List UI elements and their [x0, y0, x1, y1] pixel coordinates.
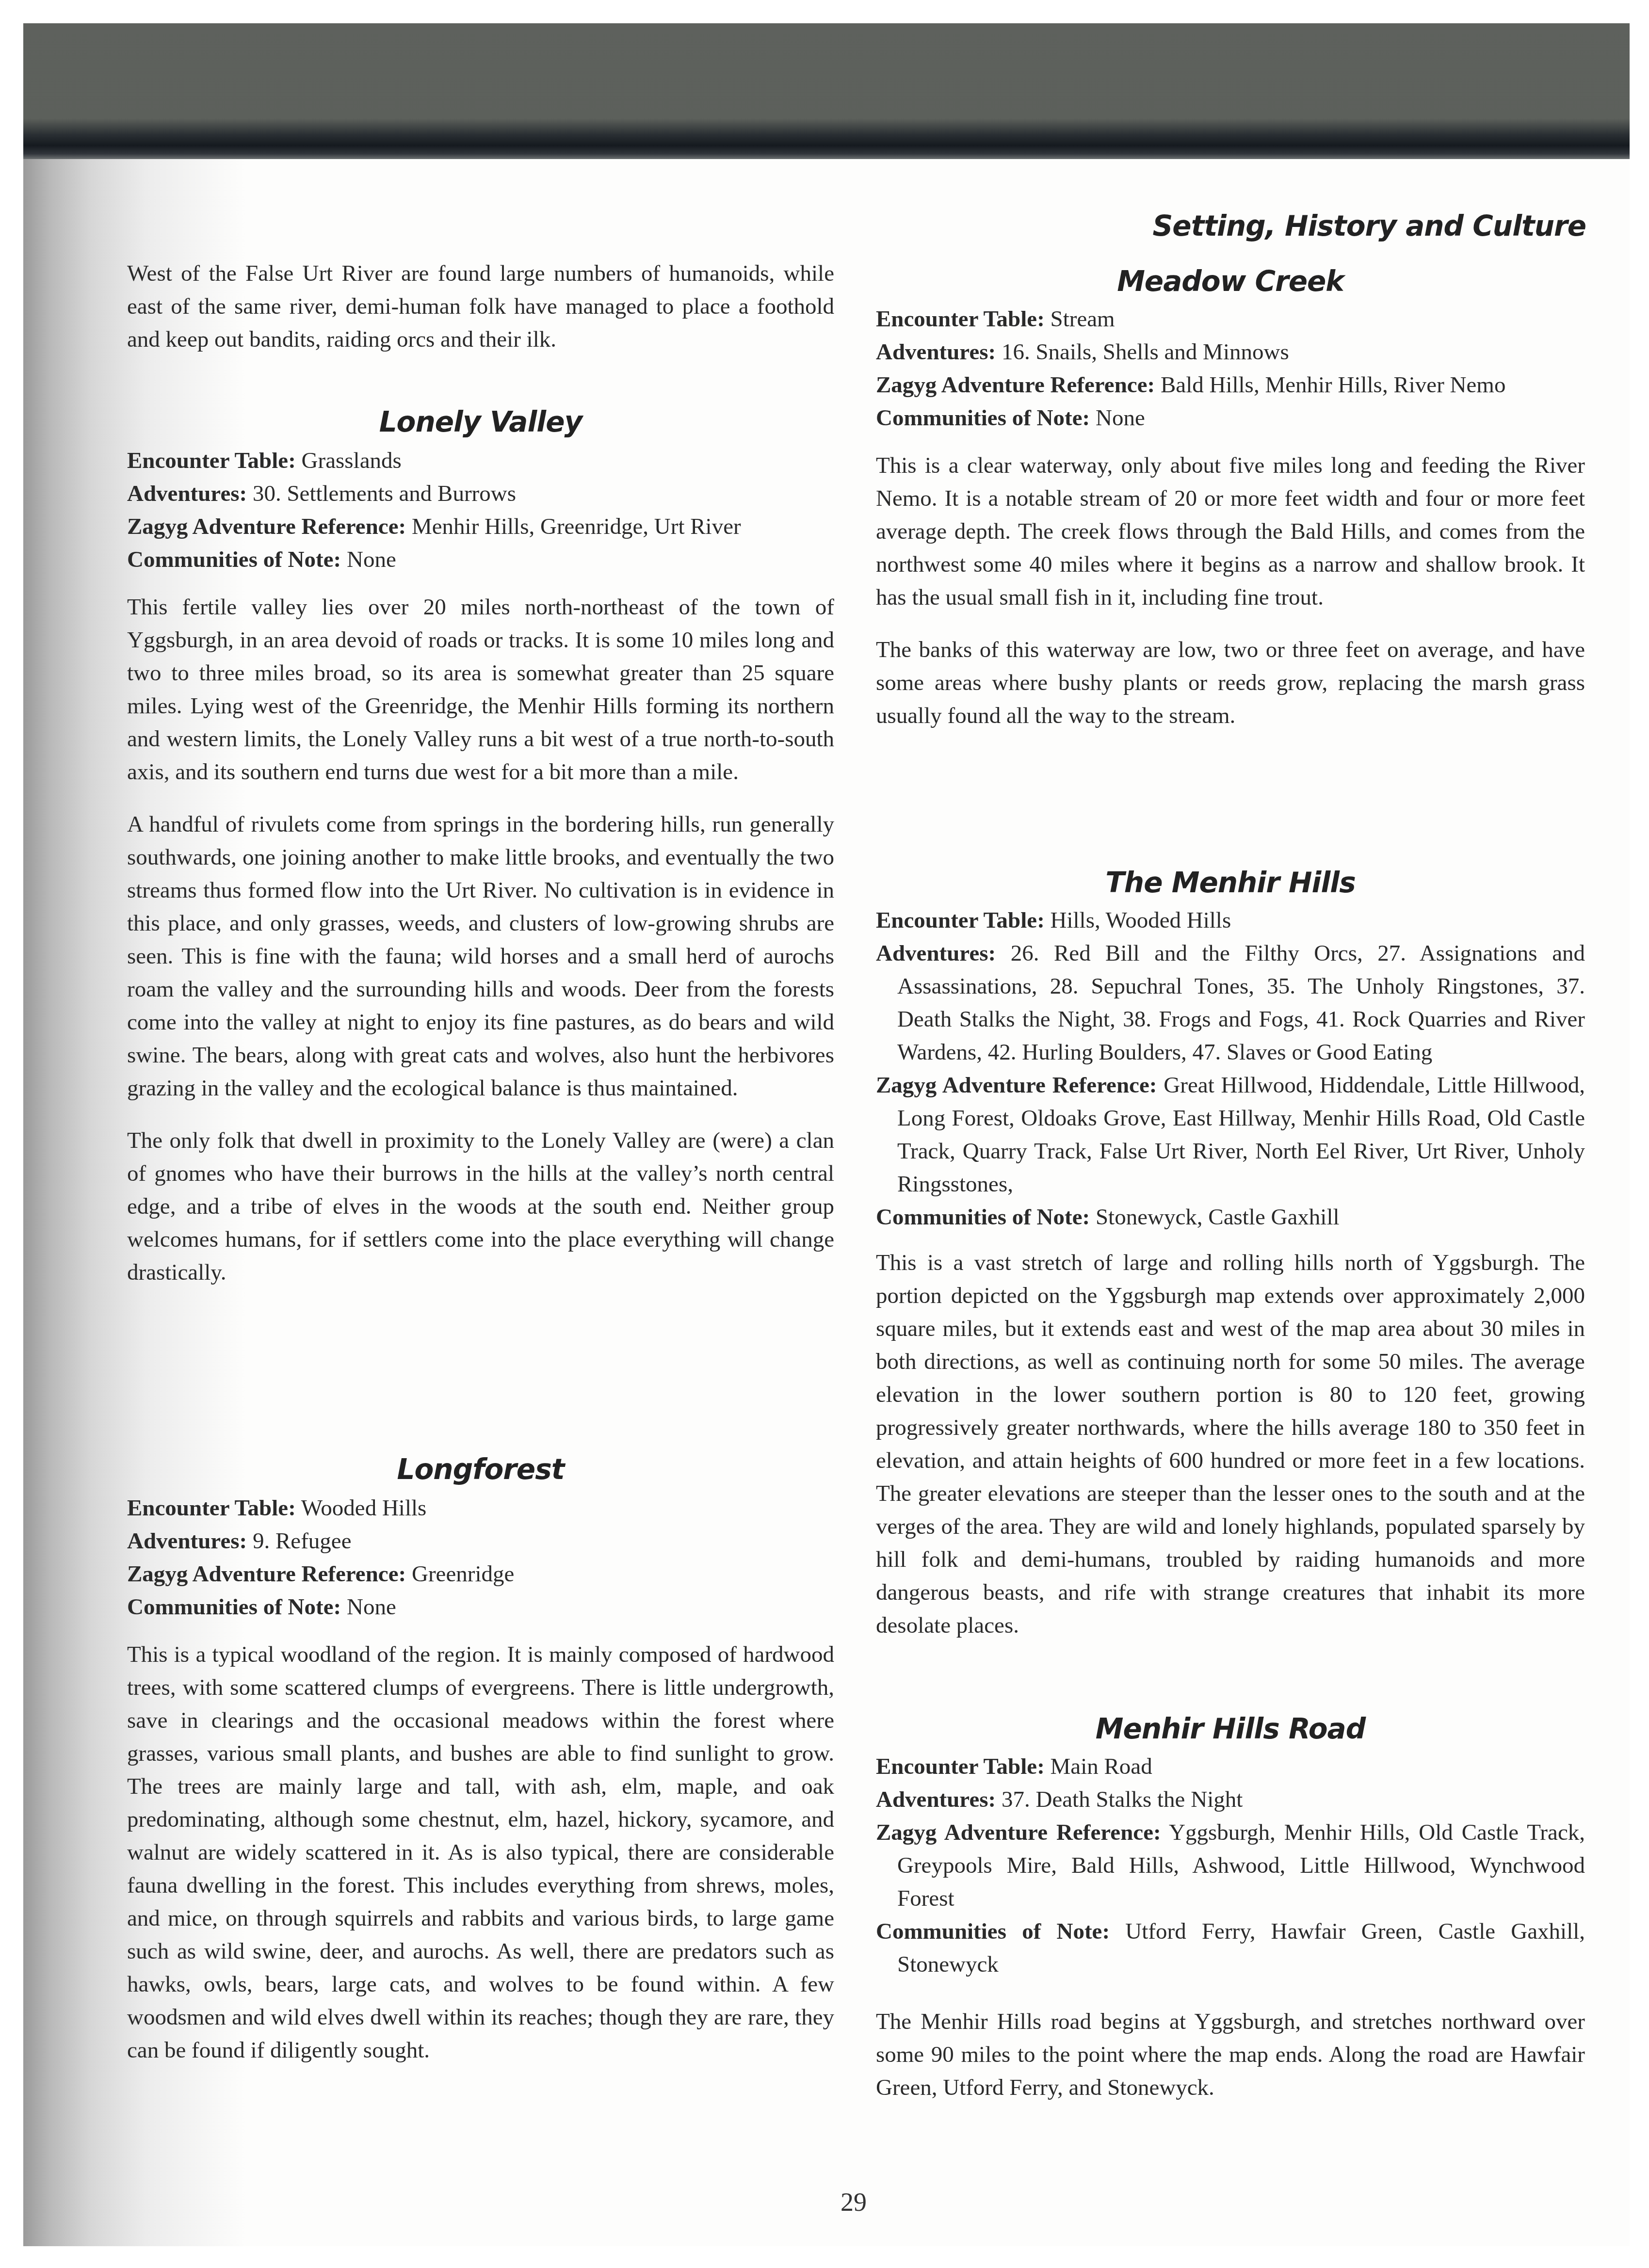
section-meta: Encounter Table: Main Road Adventures: 3…	[876, 1750, 1585, 1981]
meta-zagyg-reference: Zagyg Adventure Reference: Menhir Hills,…	[127, 510, 834, 543]
body-paragraph: This is a clear waterway, only about fiv…	[876, 449, 1585, 614]
meta-encounter-table: Encounter Table: Stream	[876, 303, 1585, 336]
section-meta: Encounter Table: Wooded Hills Adventures…	[127, 1492, 834, 1624]
meta-adventures: Adventures: 30. Settlements and Burrows	[127, 477, 834, 510]
meta-encounter-table: Encounter Table: Main Road	[876, 1750, 1585, 1783]
body-paragraph: This is a vast stretch of large and roll…	[876, 1246, 1585, 1642]
meta-zagyg-reference: Zagyg Adventure Reference: Bald Hills, M…	[876, 369, 1585, 402]
meta-adventures: Adventures: 16. Snails, Shells and Minno…	[876, 336, 1585, 369]
meta-encounter-table: Encounter Table: Wooded Hills	[127, 1492, 834, 1525]
section-title: Menhir Hills Road	[876, 1709, 1585, 1748]
page-number: 29	[824, 2187, 883, 2217]
meta-adventures: Adventures: 26. Red Bill and the Filthy …	[876, 937, 1585, 1069]
section-meadow-creek: Meadow Creek Encounter Table: Stream Adv…	[876, 262, 1585, 732]
meta-zagyg-reference: Zagyg Adventure Reference: Greenridge	[127, 1558, 834, 1591]
section-menhir-hills: The Menhir Hills Encounter Table: Hills,…	[876, 863, 1585, 1642]
intro-paragraph: West of the False Urt River are found la…	[127, 257, 834, 356]
section-longforest: Longforest Encounter Table: Wooded Hills…	[127, 1450, 834, 2067]
section-meta: Encounter Table: Stream Adventures: 16. …	[876, 303, 1585, 434]
body-paragraph: The banks of this waterway are low, two …	[876, 633, 1585, 732]
section-meta: Encounter Table: Hills, Wooded Hills Adv…	[876, 904, 1585, 1234]
body-paragraph: The only folk that dwell in proximity to…	[127, 1124, 834, 1289]
meta-zagyg-reference: Zagyg Adventure Reference: Yggsburgh, Me…	[876, 1816, 1585, 1915]
body-paragraph: This fertile valley lies over 20 miles n…	[127, 591, 834, 788]
section-title: Longforest	[127, 1450, 834, 1489]
body-paragraph: The Menhir Hills road begins at Yggsburg…	[876, 2005, 1585, 2104]
meta-adventures: Adventures: 9. Refugee	[127, 1525, 834, 1558]
meta-communities: Communities of Note: Utford Ferry, Hawfa…	[876, 1915, 1585, 1981]
scanner-shadow-band	[23, 23, 1630, 159]
meta-encounter-table: Encounter Table: Hills, Wooded Hills	[876, 904, 1585, 937]
section-title: Meadow Creek	[876, 262, 1585, 301]
section-title: The Menhir Hills	[876, 863, 1585, 902]
section-menhir-hills-road: Menhir Hills Road Encounter Table: Main …	[876, 1709, 1585, 2104]
meta-communities: Communities of Note: None	[876, 402, 1585, 434]
section-meta: Encounter Table: Grasslands Adventures: …	[127, 444, 834, 576]
meta-adventures: Adventures: 37. Death Stalks the Night	[876, 1783, 1585, 1816]
meta-zagyg-reference: Zagyg Adventure Reference: Great Hillwoo…	[876, 1069, 1585, 1201]
body-paragraph: A handful of rivulets come from springs …	[127, 808, 834, 1105]
meta-communities: Communities of Note: None	[127, 1591, 834, 1624]
section-title: Lonely Valley	[127, 402, 834, 441]
chapter-header: Setting, History and Culture	[1153, 209, 1586, 242]
meta-encounter-table: Encounter Table: Grasslands	[127, 444, 834, 477]
body-paragraph: This is a typical woodland of the region…	[127, 1638, 834, 2067]
meta-communities: Communities of Note: None	[127, 543, 834, 576]
section-lonely-valley: Lonely Valley Encounter Table: Grassland…	[127, 402, 834, 1289]
meta-communities: Communities of Note: Stonewyck, Castle G…	[876, 1201, 1585, 1234]
